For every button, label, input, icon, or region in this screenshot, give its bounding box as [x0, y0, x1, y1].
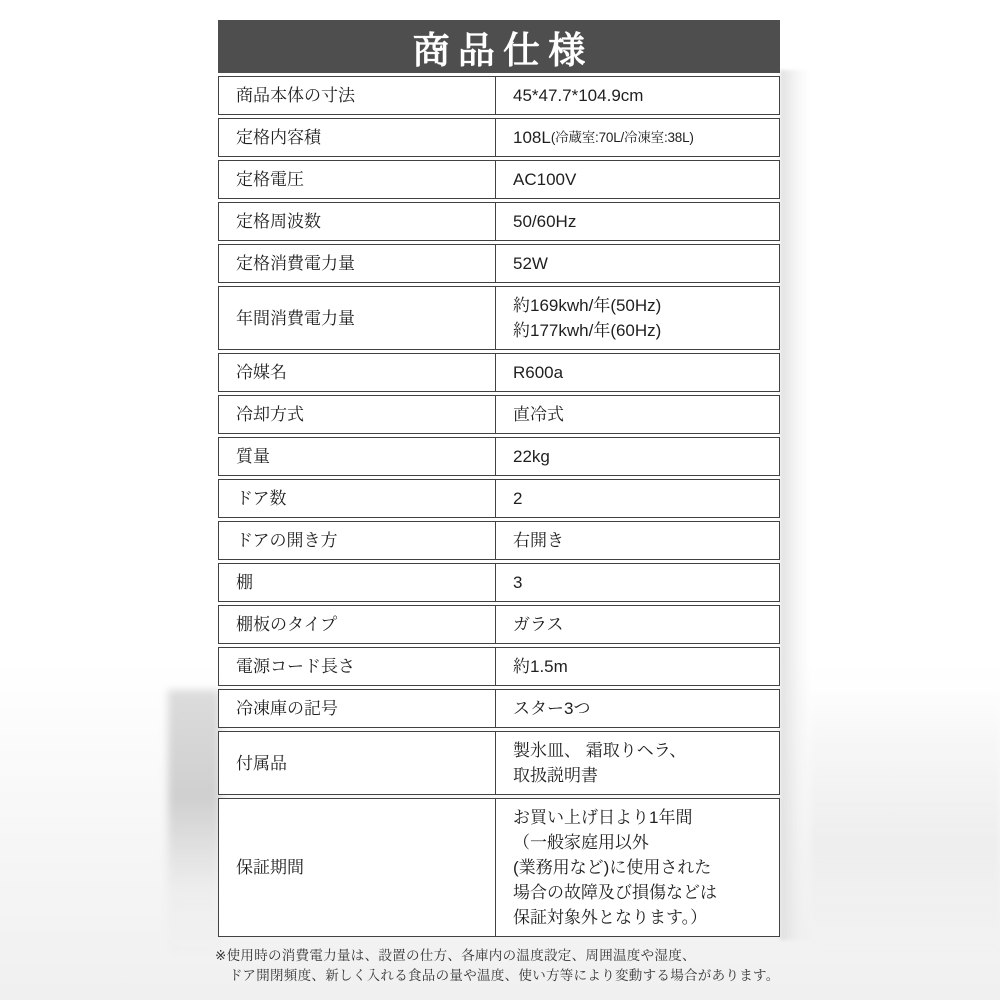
- spec-label: 電源コード長さ: [219, 648, 496, 685]
- table-row: 付属品 製氷皿、 霜取りヘラ、 取扱説明書: [218, 731, 780, 795]
- spec-label: 年間消費電力量: [219, 287, 496, 349]
- spec-value: 右開き: [496, 522, 779, 559]
- spec-value: 52W: [496, 245, 779, 282]
- spec-label: 定格電圧: [219, 161, 496, 198]
- spec-label: 冷媒名: [219, 354, 496, 391]
- table-row: ドア数 2: [218, 479, 780, 518]
- spec-value: 22kg: [496, 438, 779, 475]
- backdrop-right-shading: [780, 70, 810, 940]
- spec-label: 定格内容積: [219, 119, 496, 156]
- spec-label: 棚板のタイプ: [219, 606, 496, 643]
- table-row: 冷媒名 R600a: [218, 353, 780, 392]
- spec-label: 質量: [219, 438, 496, 475]
- spec-value: ガラス: [496, 606, 779, 643]
- table-row: 商品本体の寸法 45*47.7*104.9cm: [218, 76, 780, 115]
- spec-label: 定格消費電力量: [219, 245, 496, 282]
- spec-table: 商品仕様 商品本体の寸法 45*47.7*104.9cm 定格内容積 108L(…: [218, 20, 780, 937]
- table-row: ドアの開き方 右開き: [218, 521, 780, 560]
- spec-label: ドア数: [219, 480, 496, 517]
- table-row: 保証期間 お買い上げ日より1年間 （一般家庭用以外 (業務用など)に使用された …: [218, 798, 780, 937]
- spec-value: AC100V: [496, 161, 779, 198]
- spec-value: 約1.5m: [496, 648, 779, 685]
- spec-label: 保証期間: [219, 799, 496, 936]
- backdrop-corner-shading: [810, 690, 1000, 950]
- spec-value: 3: [496, 564, 779, 601]
- spec-value: R600a: [496, 354, 779, 391]
- spec-value: 50/60Hz: [496, 203, 779, 240]
- spec-label: 付属品: [219, 732, 496, 794]
- spec-value: 直冷式: [496, 396, 779, 433]
- table-row: 定格周波数 50/60Hz: [218, 202, 780, 241]
- spec-value: スター3つ: [496, 690, 779, 727]
- spec-value: お買い上げ日より1年間 （一般家庭用以外 (業務用など)に使用された 場合の故障…: [496, 799, 779, 936]
- footnote-line-1: ※使用時の消費電力量は、設置の仕方、各庫内の温度設定、周囲温度や湿度、: [215, 946, 780, 966]
- spec-table-title: 商品仕様: [218, 20, 780, 73]
- spec-value: 108L(冷蔵室:70L/冷凍室:38L): [496, 119, 779, 156]
- spec-value: 製氷皿、 霜取りヘラ、 取扱説明書: [496, 732, 779, 794]
- table-row: 定格電圧 AC100V: [218, 160, 780, 199]
- spec-label: ドアの開き方: [219, 522, 496, 559]
- table-row: 冷却方式 直冷式: [218, 395, 780, 434]
- spec-value: 2: [496, 480, 779, 517]
- footnote-line-2: ドア開閉頻度、新しく入れる食品の量や温度、使い方等により変動する場合があります。: [215, 966, 780, 986]
- spec-label: 棚: [219, 564, 496, 601]
- table-row: 質量 22kg: [218, 437, 780, 476]
- spec-label: 商品本体の寸法: [219, 77, 496, 114]
- table-row: 定格消費電力量 52W: [218, 244, 780, 283]
- table-row: 年間消費電力量 約169kwh/年(50Hz) 約177kwh/年(60Hz): [218, 286, 780, 350]
- spec-value: 約169kwh/年(50Hz) 約177kwh/年(60Hz): [496, 287, 779, 349]
- table-row: 棚 3: [218, 563, 780, 602]
- table-row: 冷凍庫の記号 スター3つ: [218, 689, 780, 728]
- spec-rows: 商品本体の寸法 45*47.7*104.9cm 定格内容積 108L(冷蔵室:7…: [218, 76, 780, 937]
- table-row: 定格内容積 108L(冷蔵室:70L/冷凍室:38L): [218, 118, 780, 157]
- spec-label: 冷凍庫の記号: [219, 690, 496, 727]
- spec-label: 定格周波数: [219, 203, 496, 240]
- table-row: 棚板のタイプ ガラス: [218, 605, 780, 644]
- spec-label: 冷却方式: [219, 396, 496, 433]
- table-row: 電源コード長さ 約1.5m: [218, 647, 780, 686]
- backdrop-left-shading: [168, 690, 220, 958]
- spec-value: 45*47.7*104.9cm: [496, 77, 779, 114]
- usage-footnote: ※使用時の消費電力量は、設置の仕方、各庫内の温度設定、周囲温度や湿度、 ドア開閉…: [215, 946, 780, 986]
